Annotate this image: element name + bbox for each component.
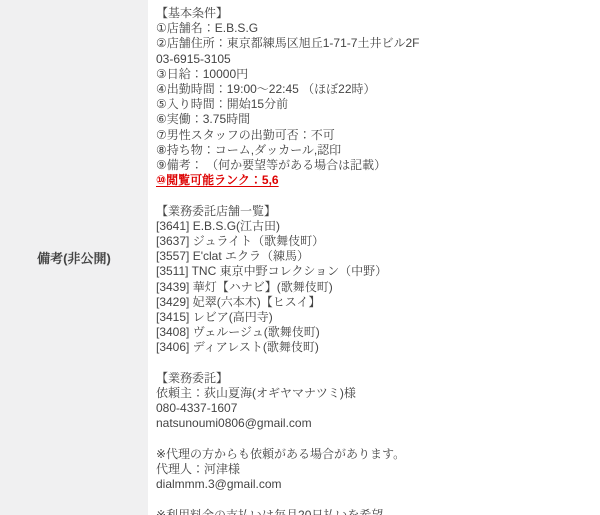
shop-list-item: [3429] 妃翠(六本木)【ヒスイ】 xyxy=(156,295,592,310)
text-line-belongings: ⑧持ち物：コーム,ダッカール,認印 xyxy=(156,143,592,158)
remarks-private-row: 備考(非公開) 【基本条件】 ①店舗名：E.B.S.G ②店舗住所：東京都練馬区… xyxy=(0,0,600,515)
blank-line xyxy=(156,492,592,507)
text-line-proxy-name: 代理人：河津様 xyxy=(156,462,592,477)
text-line-client-phone: 080-4337-1607 xyxy=(156,401,592,416)
blank-line xyxy=(156,432,592,447)
text-line-shop-address: ②店舗住所：東京都練馬区旭丘1-71-7土井ビル2F xyxy=(156,36,592,51)
text-line-proxy-note: ※代理の方からも依頼がある場合があります。 xyxy=(156,447,592,462)
text-line-male-staff: ⑦男性スタッフの出勤可否：不可 xyxy=(156,128,592,143)
text-line-entry-time: ⑤入り時間：開始15分前 xyxy=(156,97,592,112)
text-line-shop-name: ①店舗名：E.B.S.G xyxy=(156,21,592,36)
text-line-proxy-email: dialmmm.3@gmail.com xyxy=(156,477,592,492)
section-heading-outsourcing: 【業務委託】 xyxy=(156,371,592,386)
text-line-client-name: 依頼主：荻山夏海(オギヤマナツミ)様 xyxy=(156,386,592,401)
viewable-rank-line: ⑩閲覧可能ランク：5,6 xyxy=(156,173,592,188)
section-heading-shop-list: 【業務委託店舗一覧】 xyxy=(156,204,592,219)
shop-list-item: [3439] 華灯【ハナビ】(歌舞伎町) xyxy=(156,280,592,295)
shop-list-item: [3641] E.B.S.G(江古田) xyxy=(156,219,592,234)
shop-list-item: [3406] ディアレスト(歌舞伎町) xyxy=(156,340,592,355)
text-line-daily-wage: ③日給：10000円 xyxy=(156,67,592,82)
blank-line xyxy=(156,356,592,371)
shop-list-item: [3637] ジュライト（歌舞伎町） xyxy=(156,234,592,249)
text-line-remarks: ⑨備考： （何か要望等がある場合は記載） xyxy=(156,158,592,173)
shop-list-item: [3511] TNC 東京中野コレクション（中野） xyxy=(156,264,592,279)
remarks-content: 【基本条件】 ①店舗名：E.B.S.G ②店舗住所：東京都練馬区旭丘1-71-7… xyxy=(148,0,600,515)
text-line-client-email: natsunoumi0806@gmail.com xyxy=(156,416,592,431)
shop-list-item: [3408] ヴェルージュ(歌舞伎町) xyxy=(156,325,592,340)
text-line-actual-hours: ⑥実働：3.75時間 xyxy=(156,112,592,127)
text-line-shop-phone: 03-6915-3105 xyxy=(156,52,592,67)
row-label: 備考(非公開) xyxy=(37,248,111,267)
blank-line xyxy=(156,188,592,203)
shop-list-item: [3415] レビア(高円寺) xyxy=(156,310,592,325)
section-heading-basic-conditions: 【基本条件】 xyxy=(156,6,592,21)
shop-list-item: [3557] E'clat エクラ（練馬） xyxy=(156,249,592,264)
text-line-payment-note: ※利用料金の支払いは毎月20日払いを希望 xyxy=(156,508,592,515)
text-line-work-hours: ④出勤時間：19:00～22:45 （ほぼ22時） xyxy=(156,82,592,97)
row-label-cell: 備考(非公開) xyxy=(0,0,148,515)
